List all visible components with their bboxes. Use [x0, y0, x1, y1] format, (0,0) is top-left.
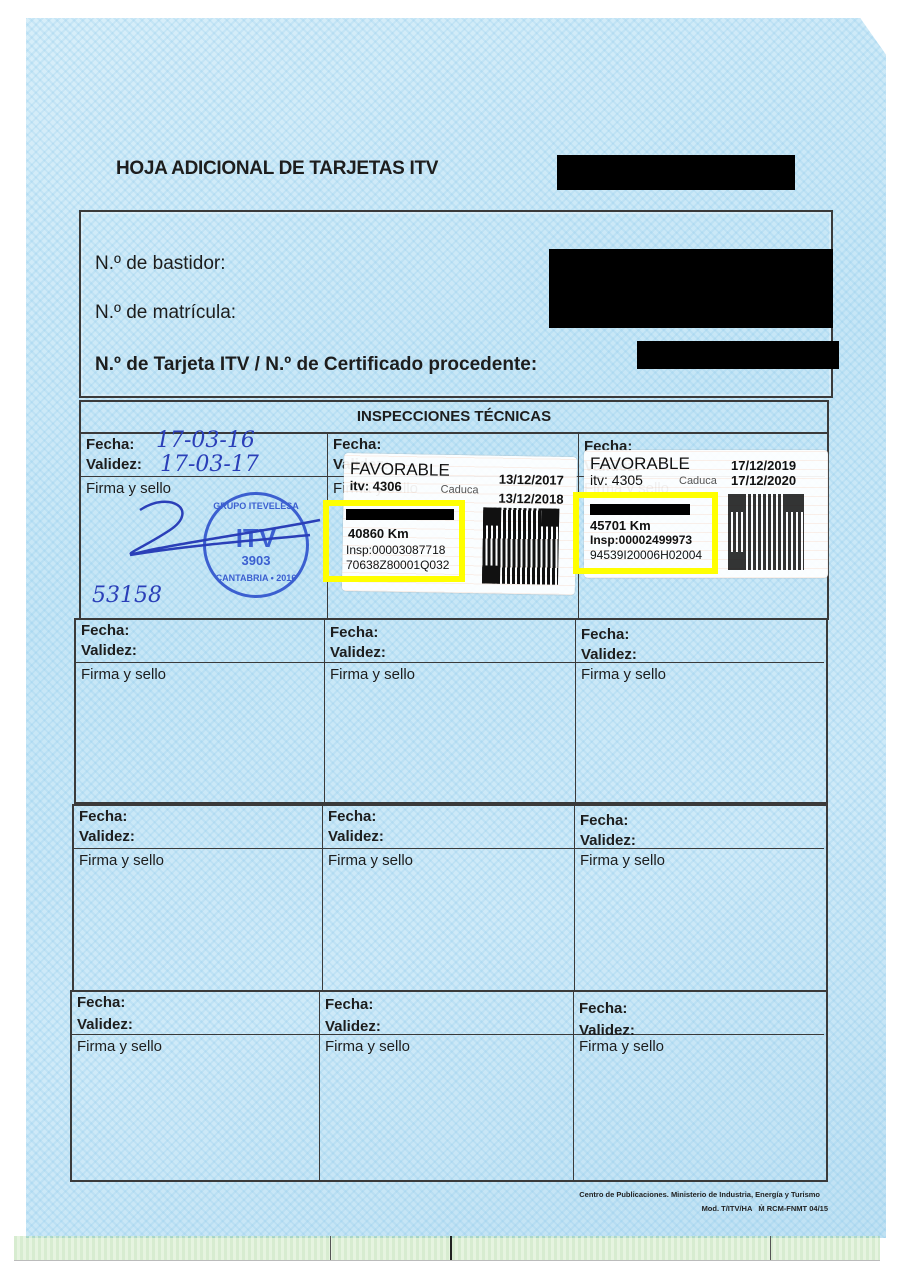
signature-scribble [110, 490, 330, 570]
fecha-label: Fecha: [77, 994, 125, 1011]
matricula-label: N.º de matrícula: [95, 302, 236, 324]
strip-divider [770, 1236, 771, 1260]
fecha-label: Fecha: [579, 1000, 627, 1017]
validez-label: Validez: [325, 1018, 381, 1035]
sticker-code: 70638Z80001Q032 [346, 558, 449, 572]
sticker-itv: itv: 4306 [350, 478, 402, 494]
tarjeta-label: N.º de Tarjeta ITV / N.º de Certificado … [95, 354, 537, 376]
inspection-cell: Fecha: Validez: Firma y sello [574, 992, 824, 1180]
fecha-label: Fecha: [328, 808, 376, 825]
fecha-label: Fecha: [81, 622, 129, 639]
publisher-text: Centro de Publicaciones. Ministerio de I… [579, 1190, 820, 1199]
inspection-cell: Fecha: Validez: Firma y sello [323, 806, 575, 990]
firma-label: Firma y sello [79, 852, 164, 869]
sticker-insp: Insp:00002499973 [590, 533, 692, 547]
inspection-row-2: Fecha: Validez: Firma y sello Fecha: Val… [74, 618, 828, 804]
firma-label: Firma y sello [77, 1038, 162, 1055]
sticker-caduca-label: Caduca [679, 475, 717, 487]
underlying-page-strip [14, 1236, 880, 1261]
inspection-cell: Fecha: Validez: Firma y sello [320, 992, 574, 1180]
sticker-caduca-label: Caduca [440, 484, 478, 497]
redaction-block [590, 504, 690, 515]
strip-divider [450, 1236, 452, 1260]
firma-label: Firma y sello [580, 852, 665, 869]
sticker-result: FAVORABLE [590, 454, 690, 474]
validez-label: Validez: [580, 832, 636, 849]
firma-label: Firma y sello [328, 852, 413, 869]
validez-label: Validez: [86, 456, 142, 473]
redaction-block [549, 249, 833, 328]
document-title: HOJA ADICIONAL DE TARJETAS ITV [116, 158, 438, 180]
fecha-label: Fecha: [86, 436, 134, 453]
bastidor-label: N.º de bastidor: [95, 253, 226, 275]
validez-label: Validez: [330, 644, 386, 661]
inspection-cell: Fecha: Validez: Firma y sello [576, 620, 824, 802]
validez-label: Validez: [77, 1016, 133, 1033]
inspection-cell: Fecha: Validez: Firma y sello [575, 806, 824, 990]
stamp-bottom-text: CANTABRIA • 2016 [206, 573, 306, 583]
fecha-label: Fecha: [581, 626, 629, 643]
redaction-block [637, 341, 839, 369]
qr-code [482, 507, 559, 584]
redaction-block [346, 509, 454, 520]
sticker-km: 45701 Km [590, 518, 651, 533]
validez-label: Validez: [579, 1022, 635, 1039]
inspections-title: INSPECCIONES TÉCNICAS [81, 408, 827, 425]
fecha-label: Fecha: [580, 812, 628, 829]
sticker-itv: itv: 4305 [590, 472, 643, 488]
inspection-cell: Fecha: Validez: Firma y sello [76, 620, 325, 802]
handwritten-number: 53158 [92, 583, 162, 608]
firma-label: Firma y sello [325, 1038, 410, 1055]
firma-label: Firma y sello [330, 666, 415, 683]
validez-label: Validez: [581, 646, 637, 663]
rcm-code: RCM-FNMT 04/15 [767, 1204, 828, 1213]
sticker-code: 94539I20006H02004 [590, 548, 702, 562]
firma-label: Firma y sello [581, 666, 666, 683]
validez-label: Validez: [79, 828, 135, 845]
sticker-expiry: 13/12/2018 [498, 491, 563, 507]
strip-divider [330, 1236, 331, 1260]
handwritten-validez: 17-03-17 [160, 452, 259, 477]
sticker-insp: Insp:00003087718 [346, 543, 445, 557]
model-code: Mod. T/ITV/HA M̊ RCM-FNMT 04/15 [702, 1204, 828, 1213]
fecha-label: Fecha: [325, 996, 373, 1013]
inspection-cell: Fecha: Validez: Firma y sello [74, 806, 323, 990]
validez-label: Validez: [81, 642, 137, 659]
model-text: Mod. T/ITV/HA [702, 1204, 753, 1213]
firma-label: Firma y sello [81, 666, 166, 683]
sticker-km: 40860 Km [348, 526, 409, 541]
fecha-label: Fecha: [79, 808, 127, 825]
handwritten-fecha: 17-03-16 [156, 428, 255, 453]
inspection-cell: Fecha: Validez: Firma y sello [72, 992, 320, 1180]
firma-label: Firma y sello [579, 1038, 664, 1055]
fnmt-logo-icon: M̊ [758, 1204, 764, 1213]
sticker-expiry: 17/12/2020 [731, 473, 796, 488]
redaction-block [557, 155, 795, 190]
qr-code [728, 494, 804, 570]
inspection-cell: Fecha: Validez: Firma y sello [325, 620, 576, 802]
inspection-row-4: Fecha: Validez: Firma y sello Fecha: Val… [70, 990, 828, 1182]
fecha-label: Fecha: [333, 436, 381, 453]
fecha-label: Fecha: [330, 624, 378, 641]
sticker-date: 13/12/2017 [499, 472, 564, 488]
sticker-date: 17/12/2019 [731, 458, 796, 473]
validez-label: Validez: [328, 828, 384, 845]
inspection-row-3: Fecha: Validez: Firma y sello Fecha: Val… [72, 804, 828, 992]
